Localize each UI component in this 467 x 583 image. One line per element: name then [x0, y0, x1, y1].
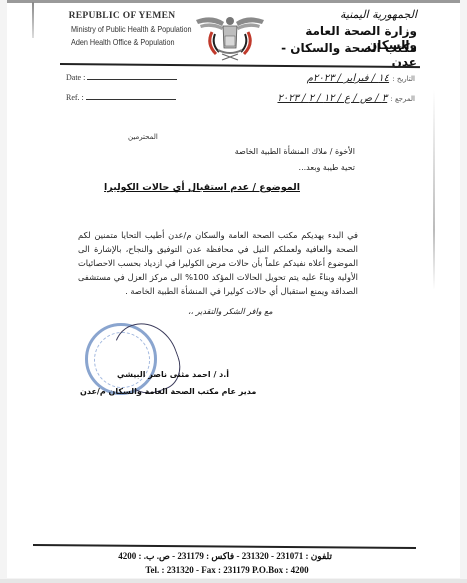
country-name-ar: الجمهورية اليمنية: [277, 8, 417, 24]
date-value-ar: ١٤ / فبراير / ٢٠٢٣م: [307, 73, 389, 84]
footer-contact-en: Tel. : 231320 - Fax : 231179 P.O.Box : 4…: [122, 565, 332, 575]
scan-artifact-line: [433, 90, 435, 290]
letter-body: في البدء يهديكم مكتب الصحة العامة والسكا…: [78, 228, 358, 298]
date-field-ar: التاريخ : ١٤ / فبراير / ٢٠٢٣م: [307, 73, 415, 84]
date-blank-line: [87, 79, 177, 80]
closing-line: مع وافر الشكر والتقدير ،،: [188, 307, 273, 316]
ref-blank-line: [86, 99, 176, 100]
ref-label: Ref. :: [66, 93, 84, 102]
scan-artifact-line: [32, 2, 34, 38]
yemen-eagle-emblem-icon: [192, 8, 268, 64]
ministry-name-ar: وزارة الصحة العامة والسكان: [277, 24, 417, 41]
footer-contact-ar: تلفون : 231071 - 231320 - فاكس : 231179 …: [122, 551, 332, 562]
date-label-ar: التاريخ :: [392, 75, 415, 83]
ref-field-en: Ref. :: [66, 93, 176, 102]
signatory-name: أ.د / احمد مثنى ناصر البيشي: [117, 370, 229, 379]
ref-field-ar: المرجع : ٣ / ص / ع / ١٢ / ٢ / ٢٠٢٣: [277, 93, 415, 104]
date-label: Date :: [66, 73, 85, 82]
ref-value-ar: ٣ / ص / ع / ١٢ / ٢ / ٢٠٢٣: [277, 93, 387, 104]
office-name-ar: مكتب الصحة والسكان - عدن: [277, 41, 417, 57]
ministry-name-en: Ministry of Public Health & Population: [71, 24, 173, 34]
addressee: الأخوة / ملاك المنشأة الطبية الخاصة: [235, 147, 355, 156]
respected-label: المحترمين: [128, 133, 158, 141]
country-name-en: REPUBLIC OF YEMEN: [62, 11, 182, 21]
signatory-title: مدير عام مكتب الصحة العامة والسكان م/عدن: [80, 387, 256, 396]
subject-line: الموضوع / عدم استقبال أي حالات الكوليرا: [150, 182, 300, 193]
letterhead-arabic: الجمهورية اليمنية وزارة الصحة العامة وال…: [277, 8, 417, 57]
page-bottom-edge: [0, 579, 467, 583]
greeting: تحية طيبة وبعد...: [299, 163, 355, 172]
page-top-border: [7, 0, 460, 3]
letterhead-english: REPUBLIC OF YEMEN Ministry of Public Hea…: [62, 11, 182, 47]
date-field-en: Date :: [66, 73, 177, 82]
ref-label-ar: المرجع :: [390, 95, 415, 103]
office-name-en: Aden Health Office & Population: [71, 37, 173, 47]
